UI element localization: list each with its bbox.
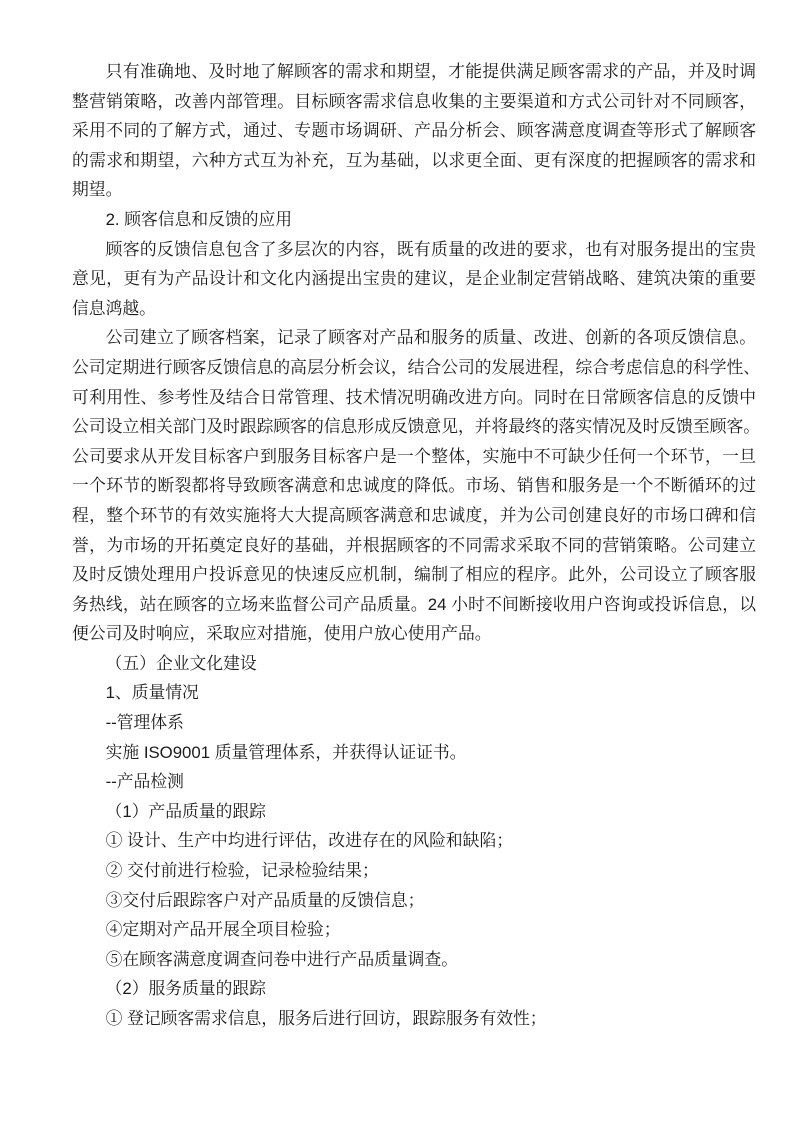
heading-line: 2. 顾客信息和反馈的应用: [72, 205, 756, 235]
paragraph-line: 采用不同的了解方式，通过、专题市场调研、产品分析会、顾客满意度调查等形式了解顾客: [72, 116, 756, 146]
document-page: 只有准确地、及时地了解顾客的需求和期望，才能提供满足顾客需求的产品，并及时调 整…: [0, 0, 800, 1131]
paragraph: ① 登记顾客需求信息，服务后进行回访，跟踪服务有效性；: [72, 1004, 756, 1034]
paragraph-line: 程，整个环节的有效实施将大大提高顾客满意和忠诚度，并为公司创建良好的市场口碑和信: [72, 501, 756, 531]
paragraph: 只有准确地、及时地了解顾客的需求和期望，才能提供满足顾客需求的产品，并及时调 整…: [72, 57, 756, 205]
paragraph-line: 务热线，站在顾客的立场来监督公司产品质量。24 小时不间断接收用户咨询或投诉信息…: [72, 590, 756, 620]
paragraph: ② 交付前进行检验，记录检验结果；: [72, 856, 756, 886]
list-heading: （2）服务质量的跟踪: [72, 974, 756, 1004]
paragraph-line: 顾客的反馈信息包含了多层次的内容，既有质量的改进的要求，也有对服务提出的宝贵: [72, 235, 756, 265]
paragraph-line: 整营销策略，改善内部管理。目标顾客需求信息收集的主要渠道和方式公司针对不同顾客，: [72, 87, 756, 117]
paragraph-line: 一个环节的断裂都将导致顾客满意和忠诚度的降低。市场、销售和服务是一个不断循环的过: [72, 471, 756, 501]
paragraph-line: 可利用性、参考性及结合日常管理、技术情况明确改进方向。同时在日常顾客信息的反馈中: [72, 383, 756, 413]
paragraph-line: 誉，为市场的开拓奠定良好的基础，并根据顾客的不同需求采取不同的营销策略。公司建立: [72, 531, 756, 561]
paragraph-line: 及时反馈处理用户投诉意见的快速反应机制，编制了相应的程序。此外，公司设立了顾客服: [72, 560, 756, 590]
paragraph: （2）服务质量的跟踪: [72, 974, 756, 1004]
paragraph-line: 公司设立相关部门及时跟踪顾客的信息形成反馈意见，并将最终的落实情况及时反馈至顾客…: [72, 412, 756, 442]
list-item: ⑤在顾客满意度调查问卷中进行产品质量调查。: [72, 945, 756, 975]
paragraph-line: 信息鸿越。: [72, 294, 756, 324]
paragraph-line: 只有准确地、及时地了解顾客的需求和期望，才能提供满足顾客需求的产品，并及时调: [72, 57, 756, 87]
list-item: ③交付后跟踪客户对产品质量的反馈信息；: [72, 886, 756, 916]
list-item: ② 交付前进行检验，记录检验结果；: [72, 856, 756, 886]
list-item: ④定期对产品开展全项目检验；: [72, 915, 756, 945]
paragraph: --产品检测: [72, 767, 756, 797]
paragraph-line: 实施 ISO9001 质量管理体系，并获得认证证书。: [72, 738, 756, 768]
paragraph: 顾客的反馈信息包含了多层次的内容，既有质量的改进的要求，也有对服务提出的宝贵 意…: [72, 235, 756, 324]
paragraph: ③交付后跟踪客户对产品质量的反馈信息；: [72, 886, 756, 916]
sub-heading: 1、质量情况: [72, 678, 756, 708]
paragraph-line: 公司定期进行顾客反馈信息的高层分析会议，结合公司的发展进程，综合考虑信息的科学性…: [72, 353, 756, 383]
paragraph: ① 设计、生产中均进行评估，改进存在的风险和缺陷；: [72, 826, 756, 856]
paragraph: （五）企业文化建设: [72, 649, 756, 679]
list-heading: （1）产品质量的跟踪: [72, 797, 756, 827]
dash-heading: --产品检测: [72, 767, 756, 797]
paragraph: 实施 ISO9001 质量管理体系，并获得认证证书。: [72, 738, 756, 768]
paragraph-line: 公司建立了顾客档案，记录了顾客对产品和服务的质量、改进、创新的各项反馈信息。: [72, 323, 756, 353]
document-content: 只有准确地、及时地了解顾客的需求和期望，才能提供满足顾客需求的产品，并及时调 整…: [72, 57, 756, 1034]
section-heading: （五）企业文化建设: [72, 649, 756, 679]
paragraph: ④定期对产品开展全项目检验；: [72, 915, 756, 945]
paragraph-line: 公司要求从开发目标客户到服务目标客户是一个整体，实施中不可缺少任何一个环节，一旦: [72, 442, 756, 472]
paragraph: （1）产品质量的跟踪: [72, 797, 756, 827]
list-item: ① 登记顾客需求信息，服务后进行回访，跟踪服务有效性；: [72, 1004, 756, 1034]
paragraph: ⑤在顾客满意度调查问卷中进行产品质量调查。: [72, 945, 756, 975]
paragraph: --管理体系: [72, 708, 756, 738]
paragraph: 2. 顾客信息和反馈的应用: [72, 205, 756, 235]
paragraph: 公司建立了顾客档案，记录了顾客对产品和服务的质量、改进、创新的各项反馈信息。 公…: [72, 323, 756, 649]
dash-heading: --管理体系: [72, 708, 756, 738]
paragraph-line: 期望。: [72, 175, 756, 205]
paragraph-line: 的需求和期望，六种方式互为补充，互为基础，以求更全面、更有深度的把握顾客的需求和: [72, 146, 756, 176]
paragraph-line: 意见，更有为产品设计和文化内涵提出宝贵的建议，是企业制定营销战略、建筑决策的重要: [72, 264, 756, 294]
list-item: ① 设计、生产中均进行评估，改进存在的风险和缺陷；: [72, 826, 756, 856]
paragraph: 1、质量情况: [72, 678, 756, 708]
paragraph-line: 便公司及时响应，采取应对措施，使用户放心使用产品。: [72, 619, 756, 649]
